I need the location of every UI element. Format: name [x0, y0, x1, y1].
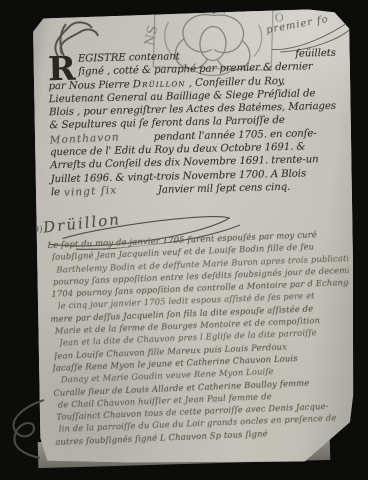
printed-text: feüillets [295, 47, 336, 61]
binding-thread-icon [40, 16, 104, 60]
printed-register-text: R EGISTRE contenant feüillets ſigné , co… [48, 47, 339, 200]
printed-text: , Conſeiller du Roy, [186, 75, 286, 88]
printed-text: Janvier mil ſept cens cinq. [158, 181, 291, 197]
photo-background: NS O premier fo R EGISTRE contenant feüi… [0, 0, 368, 480]
binding-thread-icon [0, 398, 60, 460]
svg-text:NS: NS [142, 24, 161, 47]
margin-mark: 79) [27, 225, 43, 236]
register-page: NS O premier fo R EGISTRE contenant feüi… [29, 8, 359, 467]
registrar-name: Drüillon [133, 78, 186, 90]
printed-text: le [51, 186, 60, 199]
manuscript-act: Le ſept du moy de janvier 1705 furent es… [47, 227, 355, 448]
date-handwritten: vingt ſix [64, 183, 137, 200]
